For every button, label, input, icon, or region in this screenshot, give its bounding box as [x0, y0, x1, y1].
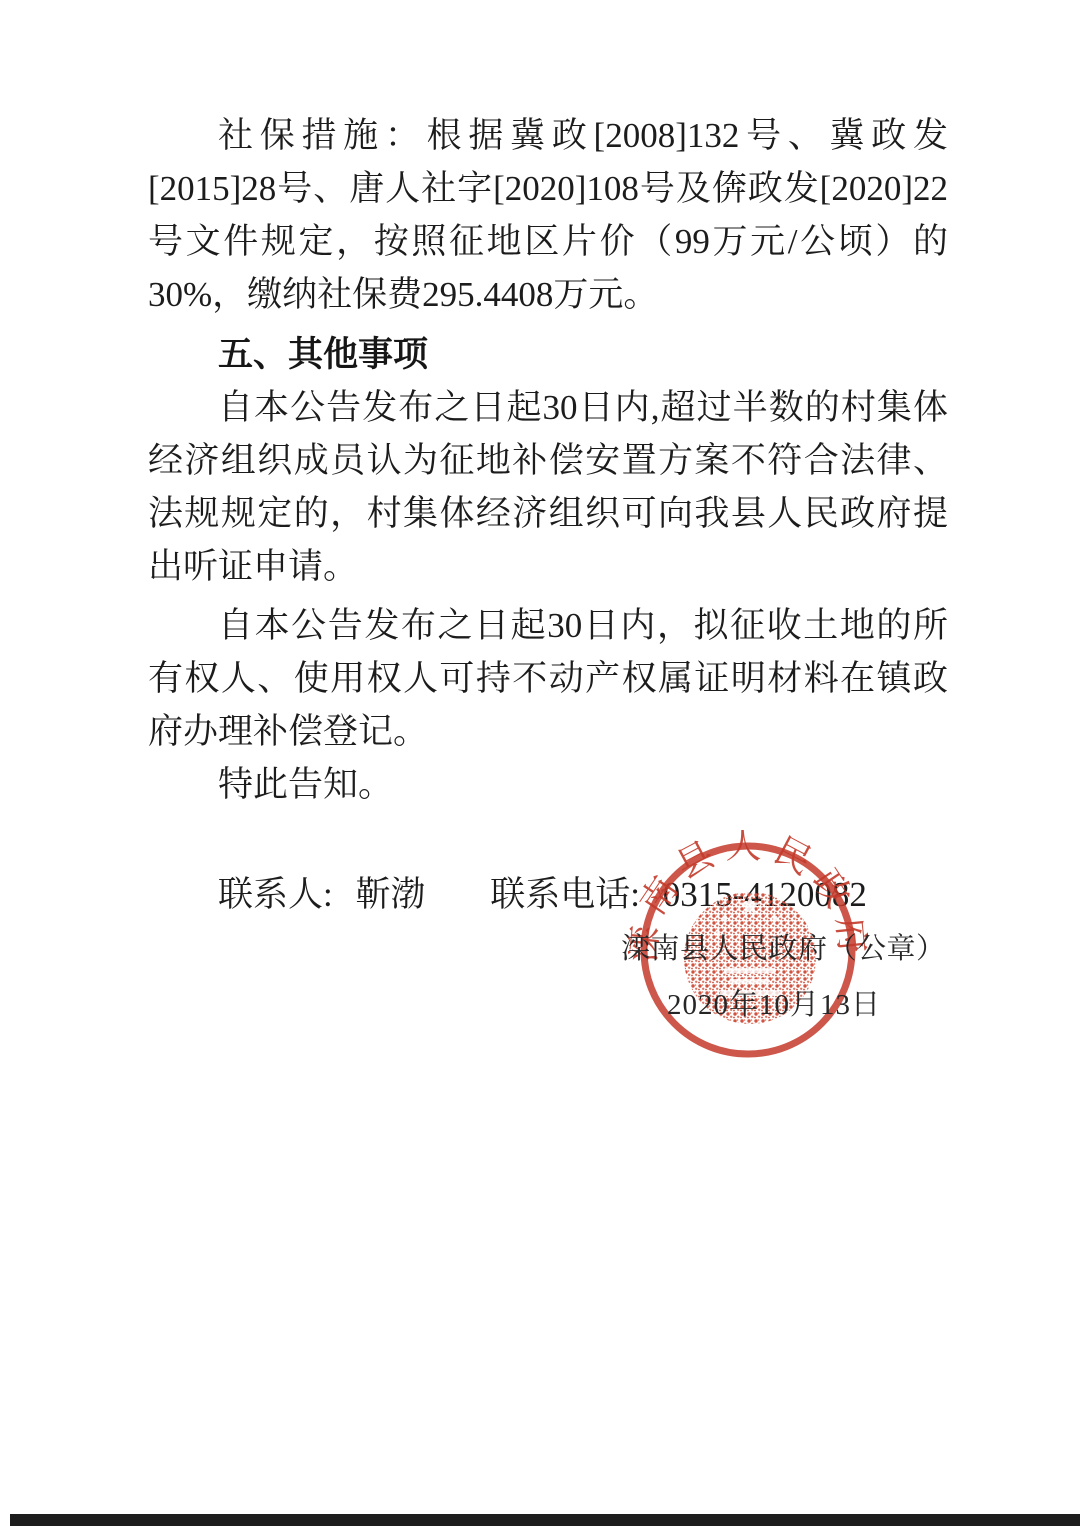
contact-person-label: 联系人:	[218, 875, 333, 914]
paragraph-hearing-request: 自本公告发布之日起30日内,超过半数的村集体经济组织成员认为征地补偿安置方案不符…	[148, 381, 948, 593]
section-heading-other-matters: 五、其他事项	[148, 328, 948, 381]
contact-person-name: 靳渤	[355, 875, 425, 914]
document-body: 社保措施：根据冀政[2008]132号、冀政发[2015]28号、唐人社字[20…	[148, 109, 948, 921]
paragraph-notice: 特此告知。	[148, 758, 948, 811]
paragraph-social-security: 社保措施：根据冀政[2008]132号、冀政发[2015]28号、唐人社字[20…	[148, 109, 948, 321]
signature-date: 2020年10月13日	[667, 990, 881, 1020]
document-page: 社保措施：根据冀政[2008]132号、冀政发[2015]28号、唐人社字[20…	[0, 0, 1080, 1526]
scan-edge-bar	[10, 1514, 1080, 1526]
contact-phone-label: 联系电话:	[490, 875, 640, 914]
signature-issuer: 滦南县人民政府（公章）	[621, 934, 946, 964]
paragraph-compensation-registration: 自本公告发布之日起30日内，拟征收土地的所有权人、使用权人可持不动产权属证明材料…	[148, 599, 948, 758]
